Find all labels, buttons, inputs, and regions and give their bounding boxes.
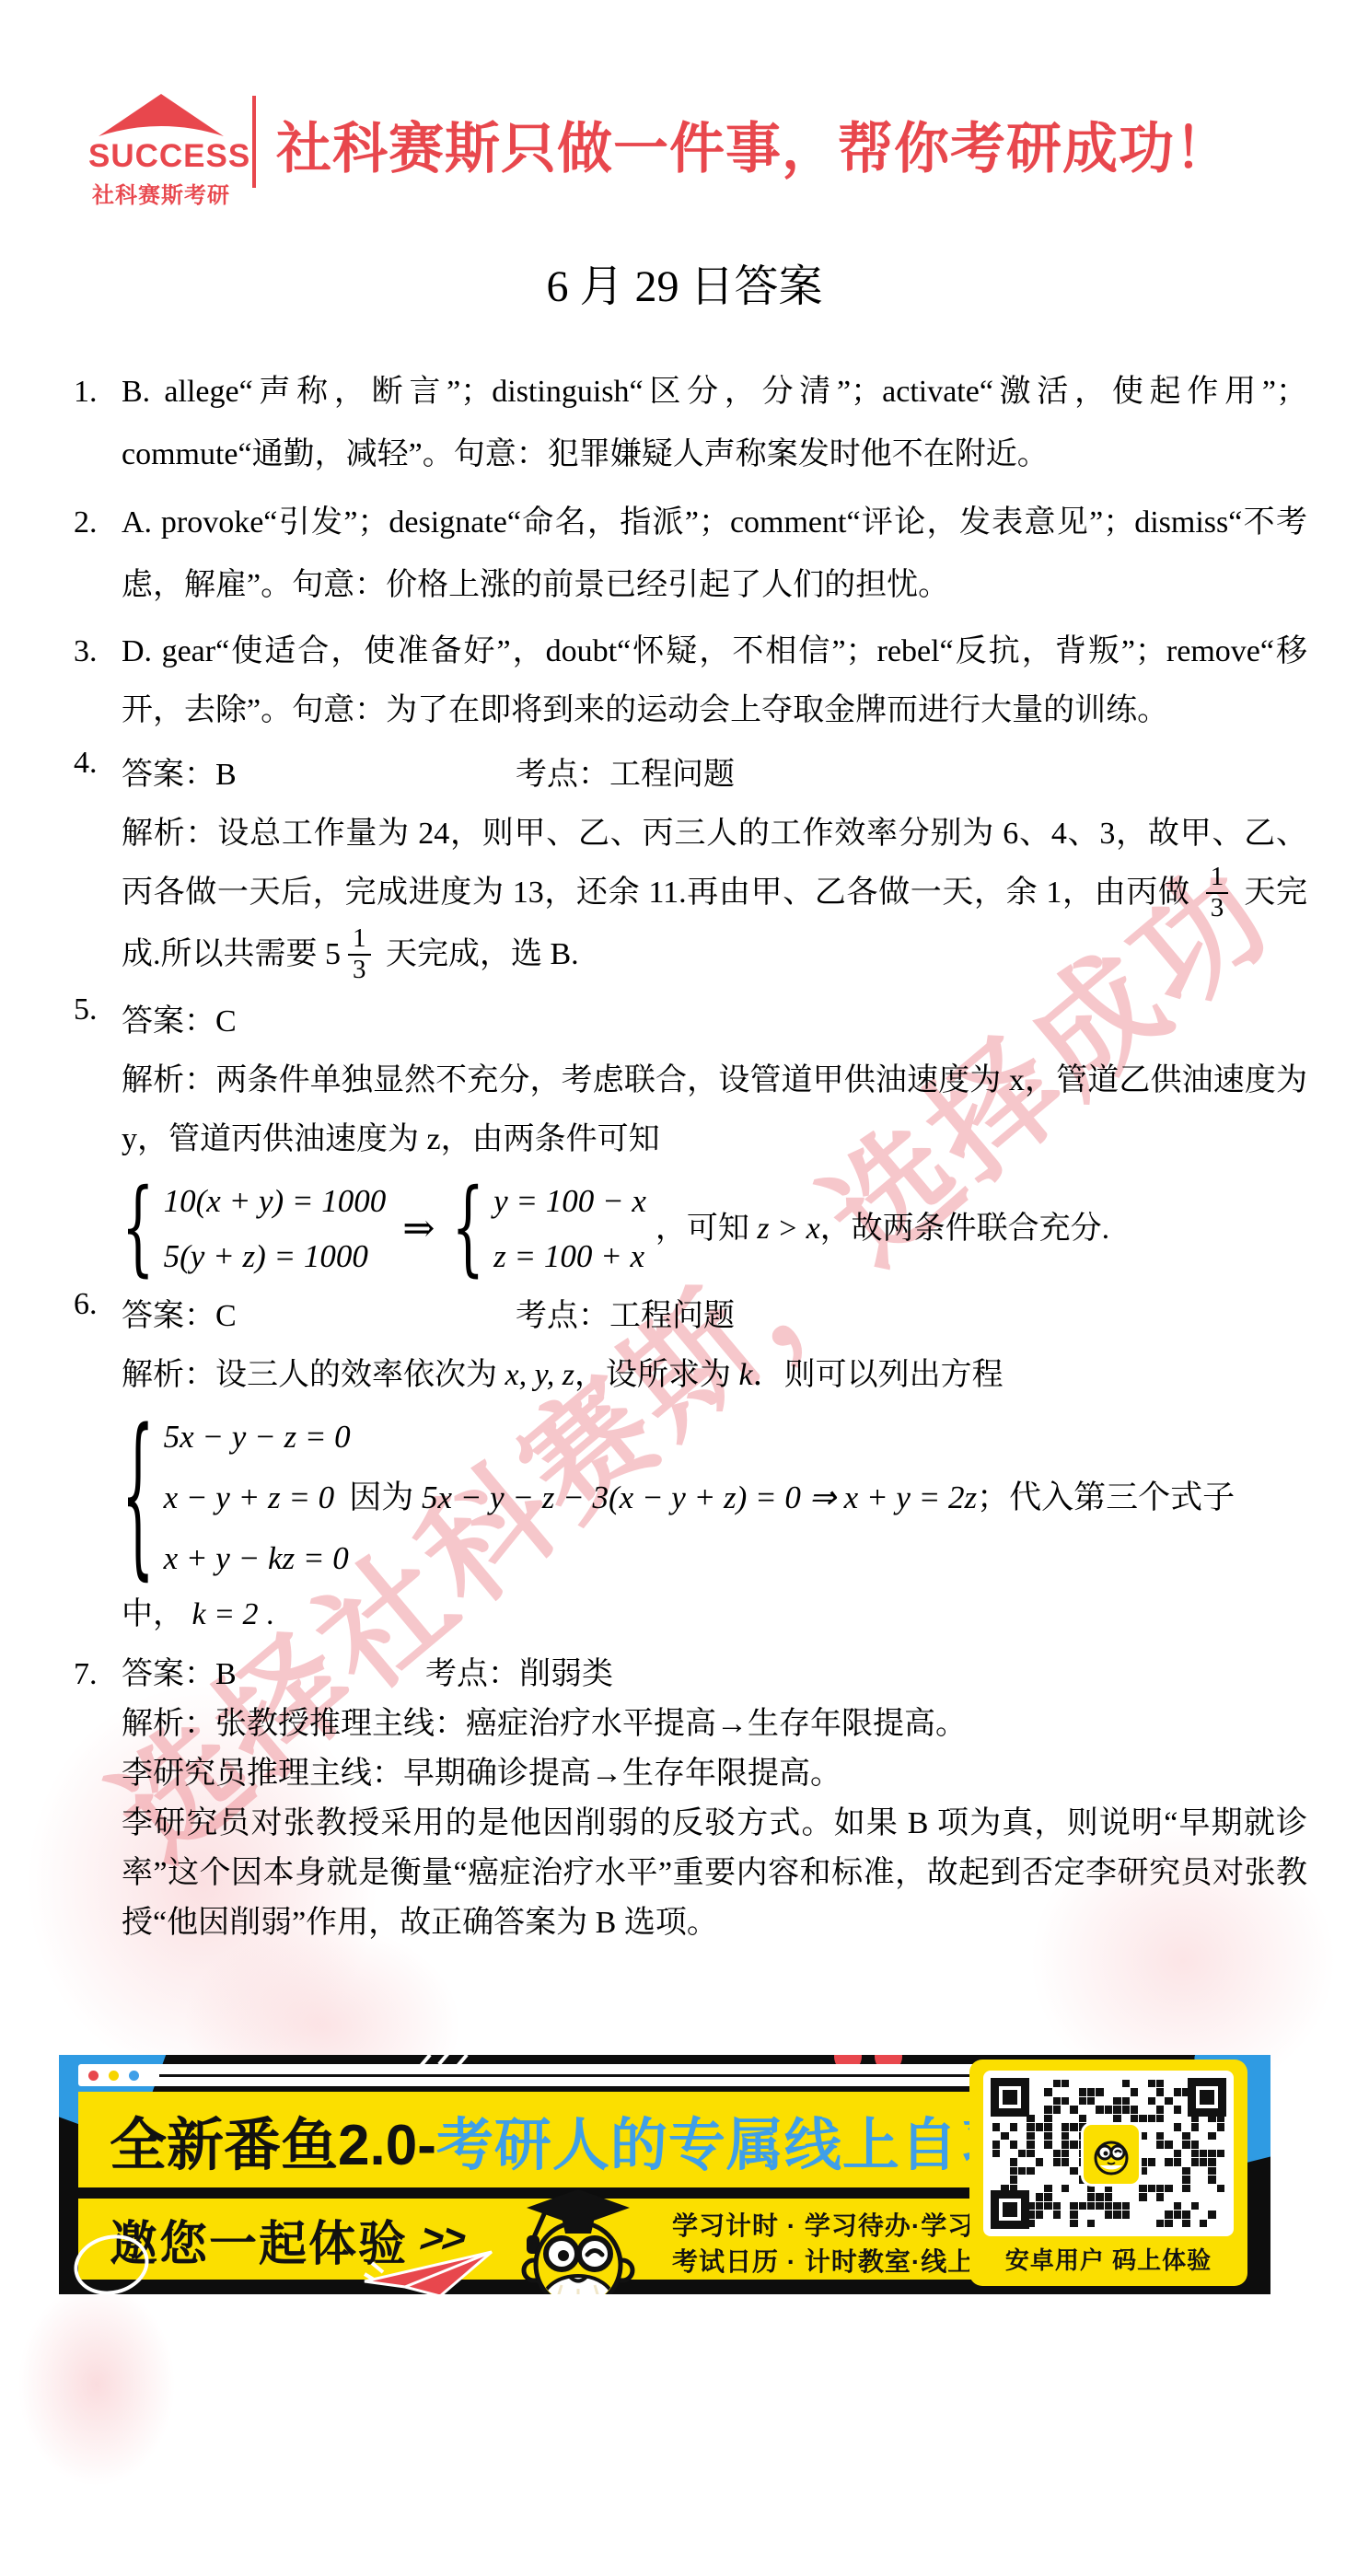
header: SUCCESS 社科赛斯考研 社科赛斯只做一件事，帮你考研成功！	[88, 92, 1231, 209]
headline-black: 全新番鱼2.0-	[110, 2099, 436, 2181]
paper-plane-icon	[363, 2250, 501, 2294]
list-item-5: 5. 答案：C 解析：两条件单独显然不充分，考虑联合，设管道甲供油速度为 x，管…	[74, 992, 1307, 1282]
item-number: 3.	[74, 622, 122, 740]
analysis-text: 李研究员对张教授采用的是他因削弱的反驳方式。如果 B 项为真，则说明“早期就诊率…	[122, 1799, 1307, 1948]
list-item-1: 1. B. allege“声称，断言”；distinguish“区分，分清”；a…	[74, 361, 1307, 486]
logo-roof-icon	[88, 92, 234, 138]
item-number: 5.	[74, 992, 122, 1282]
header-divider	[252, 96, 256, 188]
page-title: 6 月 29 日答案	[0, 250, 1369, 314]
analysis-conclusion: 中， k = 2 .	[122, 1585, 1307, 1644]
item-text: D. gear“使适合，使准备好”，doubt“怀疑，不相信”；rebel“反抗…	[122, 622, 1307, 740]
topic-value: 考点：工程问题	[516, 1287, 735, 1346]
equation-note: 因为 5x − y − z − 3(x − y + z) = 0 ⇒ x + y…	[349, 1479, 1235, 1517]
equation: z = 100 + x	[493, 1237, 646, 1276]
equation: y = 100 − x	[493, 1182, 646, 1221]
answer-row: 答案：B 考点：削弱类	[122, 1650, 1307, 1700]
qr-finder-icon	[1188, 2078, 1226, 2117]
analysis-text: 解析：设三人的效率依次为 x, y, z，设所求为 k．则可以列出方程	[122, 1346, 1307, 1405]
left-brace: {	[451, 1178, 484, 1281]
answer-row: 答案：C 考点：工程问题	[122, 1287, 1307, 1346]
qr-panel: 安卓用户 码上体验	[969, 2060, 1247, 2286]
item-number: 7.	[74, 1650, 122, 1948]
item-number: 2.	[74, 492, 122, 617]
answer-value: 答案：C	[122, 992, 237, 1051]
analysis-segment: 解析：设总工作量为 24，则甲、乙、丙三人的工作效率分别为 6、4、3，故甲、乙…	[122, 817, 1307, 910]
item-number: 4.	[74, 746, 122, 987]
item-text: B. allege“声称，断言”；distinguish“区分，分清”；acti…	[122, 361, 1307, 486]
equation-with-note: x − y + z = 0 因为 5x − y − z − 3(x − y + …	[164, 1479, 1235, 1517]
formula-tail: ，可知 z > x，故两条件联合充分.	[655, 1211, 1109, 1248]
answer-value: 答案：B	[122, 746, 516, 805]
item-number: 1.	[74, 361, 122, 486]
list-item-3: 3. D. gear“使适合，使准备好”，doubt“怀疑，不相信”；rebel…	[74, 622, 1307, 740]
mascot-pufferfish-icon	[506, 2189, 650, 2294]
equation: 10(x + y) = 1000	[164, 1182, 387, 1221]
document-page: 选择社科赛斯，选择成功 SUCCESS 社科赛斯考研 社科赛斯只做一件事，帮你考…	[0, 0, 1369, 2576]
window-dot-blue-icon	[129, 2071, 139, 2081]
answer-list: 1. B. allege“声称，断言”；distinguish“区分，分清”；a…	[74, 361, 1307, 1954]
equation: 5(y + z) = 1000	[164, 1237, 387, 1276]
fraction: 13	[348, 924, 371, 985]
qr-finder-icon	[991, 2078, 1029, 2117]
qr-finder-icon	[991, 2190, 1029, 2229]
answer-row: 答案：C	[122, 992, 1307, 1051]
mixed-number-whole: 5	[325, 937, 341, 971]
analysis-text: 解析：两条件单独显然不充分，考虑联合，设管道甲供油速度为 x，管道乙供油速度为 …	[122, 1051, 1307, 1169]
analysis-text: 解析：设总工作量为 24，则甲、乙、丙三人的工作效率分别为 6、4、3，故甲、乙…	[122, 805, 1307, 987]
topic-value: 考点：工程问题	[516, 746, 735, 805]
analysis-text: 解析：张教授推理主线：癌症治疗水平提高→生存年限提高。	[122, 1700, 1307, 1749]
fraction: 13	[1206, 863, 1229, 923]
equation-system: { y = 100 − x z = 100 + x	[451, 1182, 645, 1276]
implies-arrow-icon: ⇒	[402, 1206, 435, 1252]
qr-box	[983, 2071, 1234, 2236]
item-number: 6.	[74, 1287, 122, 1644]
item-text: A. provoke“引发”；designate“命名，指派”；comment“…	[122, 492, 1307, 617]
ad-banner[interactable]: ////// 全新番鱼2.0-考研人的专属线上自习室 邀您一起体验 >> 学习计…	[59, 2055, 1270, 2294]
answer-value: 答案：C	[122, 1287, 516, 1346]
qr-center-mascot-icon	[1081, 2122, 1142, 2187]
equation-block: { 10(x + y) = 1000 5(y + z) = 1000 ⇒ { y…	[122, 1182, 1307, 1276]
left-brace: {	[122, 1178, 155, 1281]
equation: 5x − y − z = 0	[164, 1418, 1235, 1456]
list-item-2: 2. A. provoke“引发”；designate“命名，指派”；comme…	[74, 492, 1307, 617]
list-item-7: 7. 答案：B 考点：削弱类 解析：张教授推理主线：癌症治疗水平提高→生存年限提…	[74, 1650, 1307, 1948]
window-dot-red-icon	[88, 2071, 99, 2081]
watercolor-blob	[18, 2283, 175, 2486]
bar-line	[159, 2074, 1067, 2077]
equation: x + y − kz = 0	[164, 1539, 1235, 1578]
topic-value: 考点：削弱类	[425, 1650, 613, 1700]
answer-row: 答案：B 考点：工程问题	[122, 746, 1307, 805]
list-item-4: 4. 答案：B 考点：工程问题 解析：设总工作量为 24，则甲、乙、丙三人的工作…	[74, 746, 1307, 987]
analysis-segment: 天完成，选 B.	[386, 937, 579, 971]
success-logo: SUCCESS 社科赛斯考研	[88, 92, 234, 209]
left-brace: {	[122, 1410, 155, 1585]
analysis-text: 李研究员推理主线：早期确诊提高→生存年限提高。	[122, 1749, 1307, 1799]
window-dot-yellow-icon	[109, 2071, 119, 2081]
logo-wordmark: SUCCESS	[88, 140, 234, 174]
answer-value: 答案：B	[122, 1650, 425, 1700]
list-item-6: 6. 答案：C 考点：工程问题 解析：设三人的效率依次为 x, y, z，设所求…	[74, 1287, 1307, 1644]
header-slogan: 社科赛斯只做一件事，帮你考研成功！	[276, 105, 1231, 184]
equation-block: { 5x − y − z = 0 x − y + z = 0 因为 5x − y…	[122, 1418, 1307, 1578]
qr-caption: 安卓用户 码上体验	[969, 2242, 1247, 2276]
equation-system: { 10(x + y) = 1000 5(y + z) = 1000	[122, 1182, 386, 1276]
logo-subtitle: 社科赛斯考研	[88, 177, 234, 209]
